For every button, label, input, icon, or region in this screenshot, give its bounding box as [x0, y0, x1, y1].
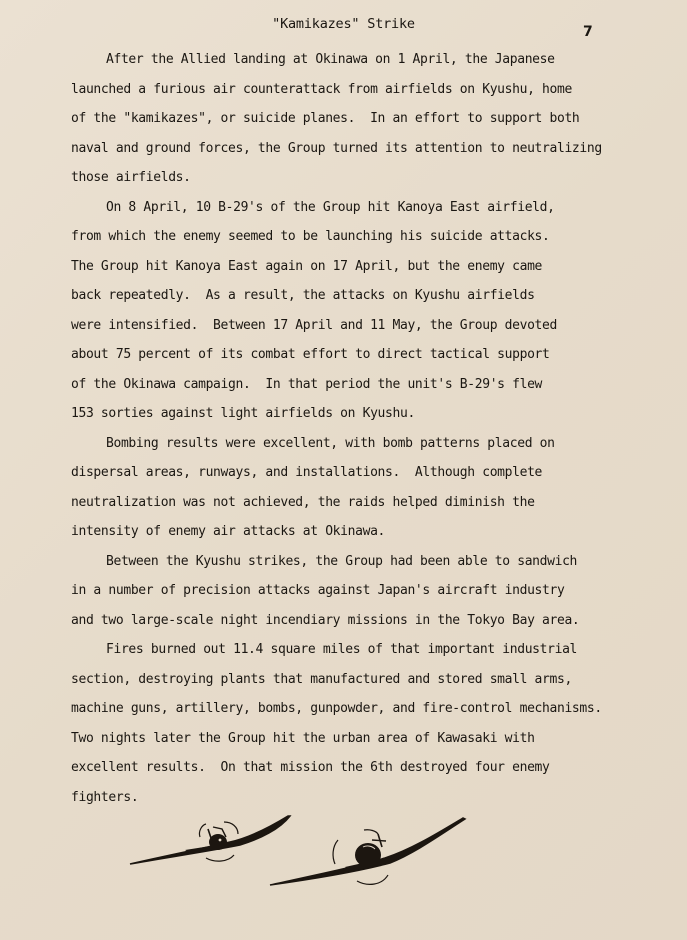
text-line: dispersal areas, runways, and installati… [71, 458, 611, 488]
paragraph: On 8 April, 10 B-29's of the Group hit K… [71, 193, 611, 429]
fighter-planes-illustration [120, 805, 480, 905]
text-line: of the Okinawa campaign. In that period … [71, 370, 611, 400]
paragraph: After the Allied landing at Okinawa on 1… [71, 45, 611, 193]
paragraph: Fires burned out 11.4 square miles of th… [71, 635, 611, 812]
text-line: excellent results. On that mission the 6… [71, 753, 611, 783]
text-line: Bombing results were excellent, with bom… [71, 429, 611, 459]
text-line: On 8 April, 10 B-29's of the Group hit K… [71, 193, 611, 223]
text-line: in a number of precision attacks against… [71, 576, 611, 606]
fighter-plane-icon [130, 816, 290, 864]
paragraph: Bombing results were excellent, with bom… [71, 429, 611, 547]
text-line: section, destroying plants that manufact… [71, 665, 611, 695]
document-page: "Kamikazes" Strike 7 After the Allied la… [0, 0, 687, 940]
fighter-plane-icon [270, 818, 465, 885]
text-line: launched a furious air counterattack fro… [71, 75, 611, 105]
body-text: After the Allied landing at Okinawa on 1… [71, 45, 611, 812]
text-line: from which the enemy seemed to be launch… [71, 222, 611, 252]
text-line: 153 sorties against light airfields on K… [71, 399, 611, 429]
text-line: about 75 percent of its combat effort to… [71, 340, 611, 370]
text-line: Two nights later the Group hit the urban… [71, 724, 611, 754]
text-line: Between the Kyushu strikes, the Group ha… [71, 547, 611, 577]
text-line: The Group hit Kanoya East again on 17 Ap… [71, 252, 611, 282]
text-line: After the Allied landing at Okinawa on 1… [71, 45, 611, 75]
text-line: were intensified. Between 17 April and 1… [71, 311, 611, 341]
text-line: intensity of enemy air attacks at Okinaw… [71, 517, 611, 547]
text-line: neutralization was not achieved, the rai… [71, 488, 611, 518]
text-line: machine guns, artillery, bombs, gunpowde… [71, 694, 611, 724]
text-line: of the "kamikazes", or suicide planes. I… [71, 104, 611, 134]
page-number: 7 [583, 24, 593, 40]
text-line: naval and ground forces, the Group turne… [71, 134, 611, 164]
paragraph: Between the Kyushu strikes, the Group ha… [71, 547, 611, 636]
text-line: Fires burned out 11.4 square miles of th… [71, 635, 611, 665]
text-line: back repeatedly. As a result, the attack… [71, 281, 611, 311]
text-line: and two large-scale night incendiary mis… [71, 606, 611, 636]
text-line: those airfields. [71, 163, 611, 193]
